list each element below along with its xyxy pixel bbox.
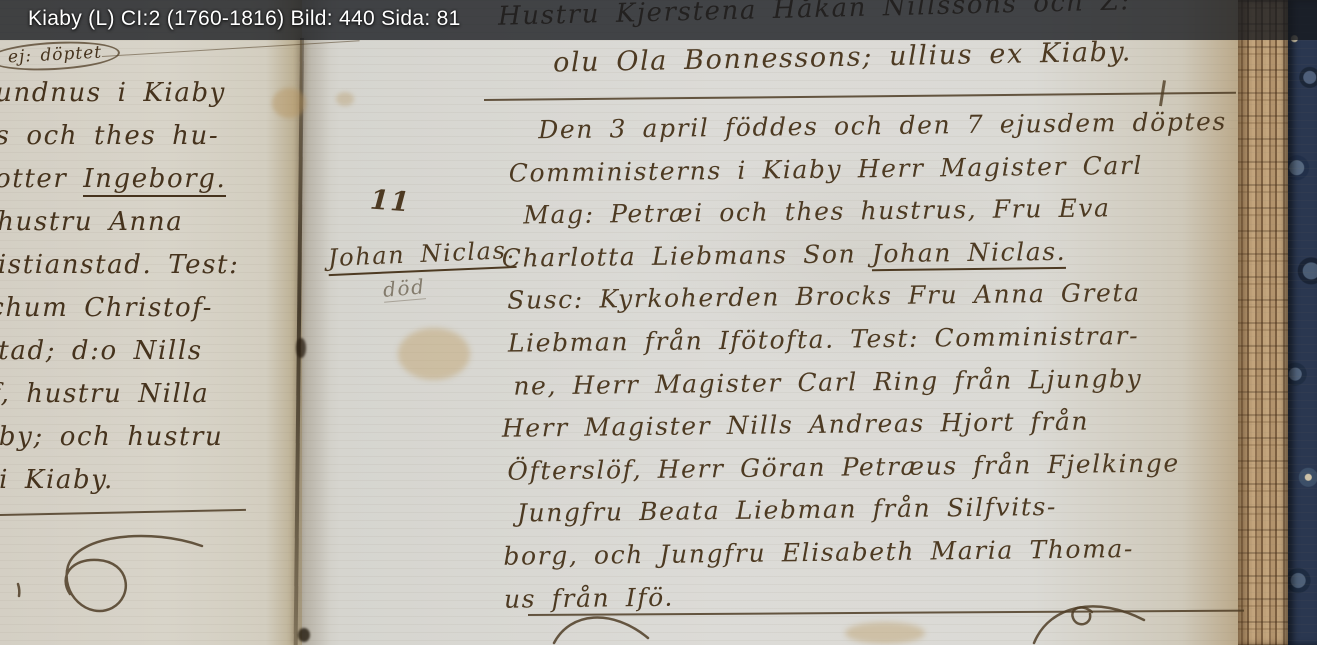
- flourish-arc-right: [1028, 596, 1153, 645]
- left-page-text: spundnus i Kiaby öms och thes hu- s dott…: [0, 72, 287, 502]
- manuscript-line: öms och thes hu-: [0, 115, 287, 158]
- manuscript-line: alöf, hustru Nilla: [0, 373, 287, 416]
- manuscript-line: ianstad; d:o Nills: [0, 330, 287, 373]
- flourish-arc-center: [550, 610, 655, 645]
- viewer-title-bar: Kiaby (L) CI:2 (1760-1816) Bild: 440 Sid…: [0, 0, 1317, 40]
- manuscript-line: ns i Kiaby.: [0, 459, 287, 502]
- manuscript-line: Jochum Christof-: [0, 287, 287, 330]
- marbled-cover: [1288, 0, 1317, 645]
- manuscript-line: s dotter Ingeborg.: [0, 158, 287, 201]
- record-viewer: ej: döptet spundnus i Kiaby öms och thes…: [0, 0, 1317, 645]
- flourish-loop: [12, 532, 212, 637]
- margin-death-note: död: [382, 274, 426, 303]
- manuscript-line: tz hustru Anna: [0, 201, 287, 244]
- viewer-title: Kiaby (L) CI:2 (1760-1816) Bild: 440 Sid…: [28, 7, 461, 31]
- manuscript-line: Christianstad. Test:: [0, 244, 287, 287]
- margin-entry-number: 11: [369, 185, 412, 219]
- manuscript-line: spundnus i Kiaby: [0, 72, 287, 115]
- birth-record-entry: Den 3 april föddes och den 7 ejusdem döp…: [480, 101, 1261, 622]
- scan-image[interactable]: ej: döptet spundnus i Kiaby öms och thes…: [0, 0, 1317, 645]
- manuscript-line: ungby; och hustru: [0, 416, 287, 459]
